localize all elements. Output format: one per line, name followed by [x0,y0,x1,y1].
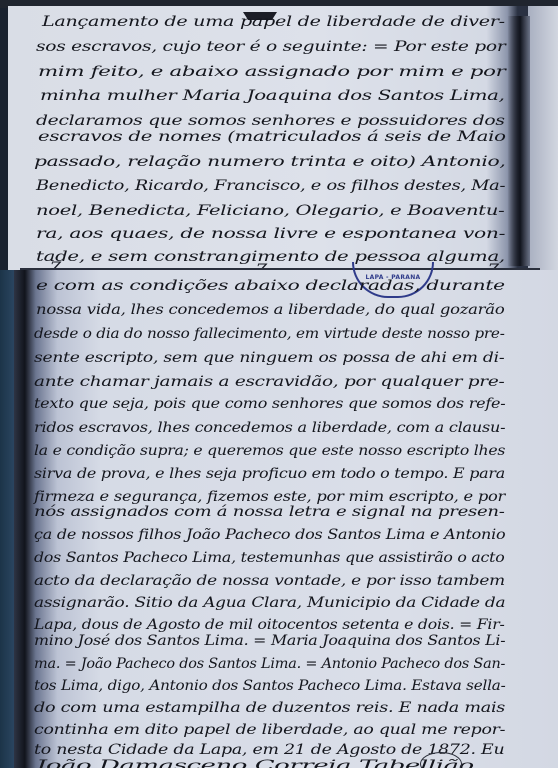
manuscript-line: ridos escravos, lhes concedemos a liberd… [34,420,505,436]
manuscript-line: do com uma estampilha de duzentos reis. … [34,700,505,716]
manuscript-line: firmeza e segurança, fizemos este, por m… [34,489,505,505]
manuscript-line: desde o dia do nosso fallecimento, em vi… [34,326,505,342]
manuscript-line: sirva de prova, e lhes seja proficuo em … [34,466,505,482]
manuscript-line: mino José dos Santos Lima. = Maria Joaqu… [34,633,505,649]
manuscript-line: ça de nossos filhos João Pacheco dos San… [34,527,505,543]
binding-shadow [508,16,530,266]
manuscript-line: continha em dito papel de liberdade, ao … [34,722,505,738]
manuscript-line: noel, Benedicta, Feliciano, Olegario, e … [36,203,504,219]
page-fold-line [20,268,540,270]
manuscript-line: e com as condições abaixo declaradas, du… [36,278,505,294]
manuscript-line: ante chamar jamais a escravidão, por qua… [34,374,504,390]
manuscript-line: sos escravos, cujo teor é o seguinte: = … [36,39,505,55]
scan-left-border [0,270,14,768]
manuscript-line: Lapa, dous de Agosto de mil oitocentos s… [34,617,505,633]
manuscript-line: assignarão. Sitio da Agua Clara, Municip… [34,595,505,611]
manuscript-line: Benedicto, Ricardo, Francisco, e os filh… [36,178,505,194]
manuscript-line: ma. = João Pacheco dos Santos Lima. = An… [34,656,505,672]
manuscript-line: ra, aos quaes, de nossa livre e espontan… [36,226,505,242]
manuscript-line: nós assignados com á nossa letra e signa… [34,504,505,520]
manuscript-line: tos Lima, digo, Antonio dos Santos Pache… [34,678,505,694]
manuscript-line: mim feito, e abaixo assignado por mim e … [38,64,506,80]
manuscript-line: declaramos que somos senhores e possuido… [36,113,505,129]
manuscript-line: sente escripto, sem que ninguem os possa… [34,350,504,366]
manuscript-line: nossa vida, lhes concedemos a liberdade,… [36,302,504,318]
manuscript-line: la e condição supra; e queremos que este… [34,443,505,459]
manuscript-line: minha mulher Maria Joaquina dos Santos L… [40,88,505,104]
manuscript-line: passado, relação numero trinta e oito) A… [34,154,506,170]
manuscript-line: escravos de nomes (matriculados á seis d… [38,129,506,145]
manuscript-line: acto da declaração de nossa vontade, e p… [34,573,505,589]
manuscript-line: texto que seja, pois que como senhores q… [34,396,505,412]
manuscript-line: Lançamento de uma papel de liberdade de … [42,14,505,30]
manuscript-line: tade, e sem constrangimento de pessoa al… [36,249,505,265]
upper-right-margin [528,6,558,270]
manuscript-line: dos Santos Pacheco Lima, testemunhas que… [34,550,504,566]
